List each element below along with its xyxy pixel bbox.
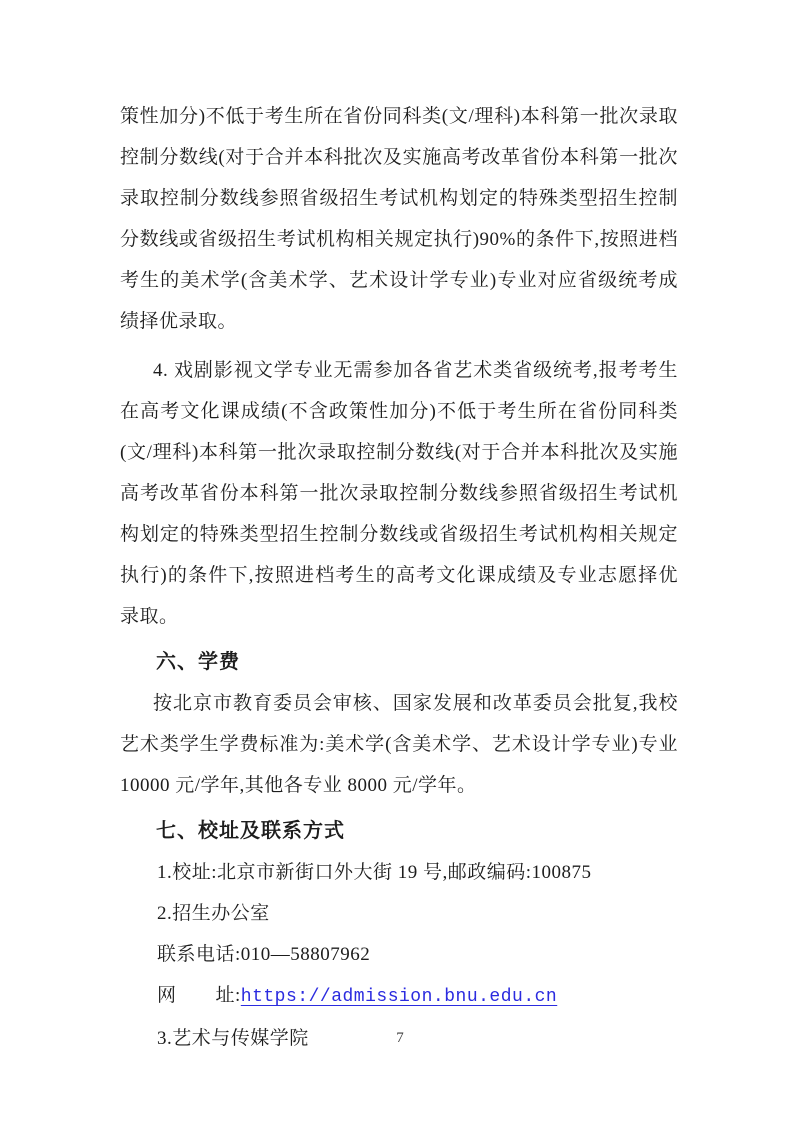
document-body: 策性加分)不低于考生所在省份同科类(文/理科)本科第一批次录取控制分数线(对于合… — [120, 96, 678, 1059]
paragraph-tuition: 按北京市教育委员会审核、国家发展和改革委员会批复,我校艺术类学生学费标准为:美术… — [120, 683, 678, 806]
page-number: 7 — [0, 1028, 800, 1048]
document-page: 策性加分)不低于考生所在省份同科类(文/理科)本科第一批次录取控制分数线(对于合… — [0, 0, 800, 1131]
paragraph-continuation: 策性加分)不低于考生所在省份同科类(文/理科)本科第一批次录取控制分数线(对于合… — [120, 96, 678, 342]
contact-website-line: 网 址:https://admission.bnu.edu.cn — [120, 975, 678, 1018]
contact-address-line: 1.校址:北京市新街口外大街 19 号,邮政编码:100875 — [120, 852, 678, 893]
contact-phone-line: 联系电话:010—58807962 — [120, 934, 678, 975]
admission-website-link[interactable]: https://admission.bnu.edu.cn — [241, 987, 557, 1007]
contact-admissions-office-line: 2.招生办公室 — [120, 893, 678, 934]
paragraph-rule-4: 4. 戏剧影视文学专业无需参加各省艺术类省级统考,报考考生在高考文化课成绩(不含… — [120, 350, 678, 637]
website-label: 网 址: — [157, 985, 241, 1006]
section-heading-tuition: 六、学费 — [120, 642, 678, 683]
section-heading-contact: 七、校址及联系方式 — [120, 811, 678, 852]
